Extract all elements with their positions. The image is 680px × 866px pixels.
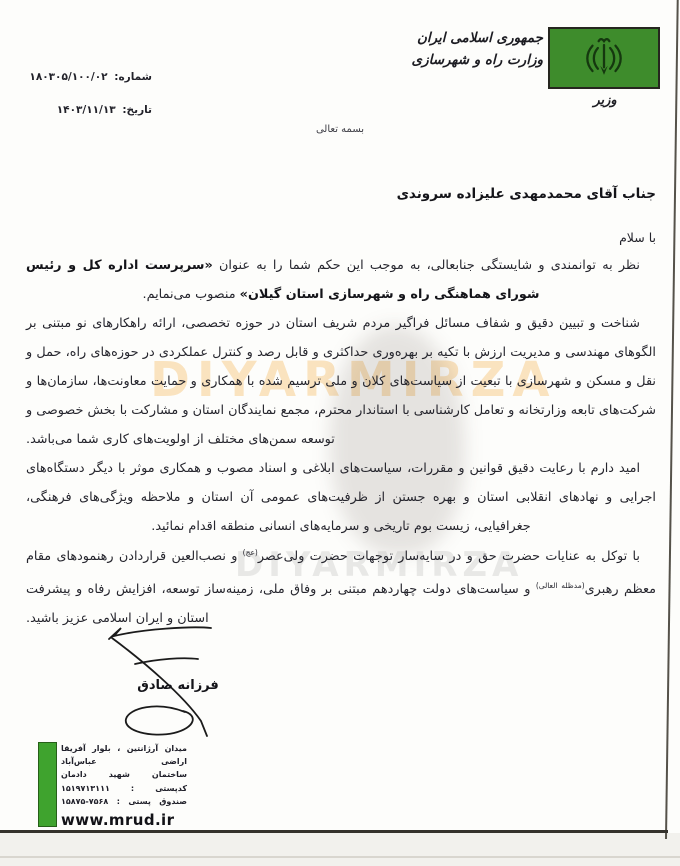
letter-ref-number: شماره: ۱۸۰۳۰۵/۱۰۰/۰۲	[18, 71, 152, 83]
footer-green-bar	[38, 742, 57, 827]
p4-part1: با توکل به عنایات حضرت حق و در سایه‌سار …	[258, 549, 640, 564]
greeting-line: با سلام	[619, 230, 656, 245]
recipient-name: جناب آقای محمدمهدی علیزاده سروندی	[397, 186, 656, 202]
page-border-bottom	[0, 830, 668, 833]
postal-label: کدپستی :	[131, 784, 187, 793]
pobox-value: ۱۵۸۷۵-۷۵۶۸	[61, 797, 108, 806]
letter-date: تاریخ: ۱۴۰۳/۱۱/۱۳	[18, 104, 152, 116]
footer-po-box: صندوق پستی : ۱۵۸۷۵-۷۵۶۸	[61, 795, 187, 808]
pobox-label: صندوق پستی :	[117, 797, 187, 806]
invocation-line: بسمه تعالی	[0, 124, 680, 135]
postal-value: ۱۵۱۹۷۱۳۱۱۱	[61, 784, 110, 793]
iran-emblem-icon	[581, 35, 627, 81]
signer-name: فرزانه صادق	[128, 678, 228, 693]
footer-address-block: میدان آرژانتین ، بلوار آفریقا اراضی عباس…	[61, 742, 187, 829]
footer-postal-code: کدپستی : ۱۵۱۹۷۱۳۱۱۱	[61, 782, 187, 795]
p4-honorific-2: (مدظله العالی)	[536, 581, 585, 590]
p4-honorific-1: (عج)	[243, 548, 258, 557]
footer-address-line-3: ساختمان شهید دادمان	[61, 768, 187, 781]
ref-value: ۱۸۰۳۰۵/۱۰۰/۰۲	[29, 71, 107, 83]
letter-paragraph-3: امید دارم با رعایت دقیق قوانین و مقررات،…	[26, 454, 656, 541]
footer-website: www.mrud.ir	[61, 811, 187, 829]
ref-label: شماره:	[114, 71, 152, 83]
footer-address-line-2: اراضی عباس‌آباد	[61, 755, 187, 768]
scan-bottom-area	[0, 833, 680, 866]
p1-tail: منصوب می‌نمایم.	[143, 287, 240, 302]
letter-paragraph-1: نظر به توانمندی و شایستگی جنابعالی، به م…	[26, 251, 656, 309]
letter-paragraph-2: شناخت و تبیین دقیق و شفاف مسائل فراگیر م…	[26, 309, 656, 454]
date-value: ۱۴۰۳/۱۱/۱۳	[57, 104, 116, 116]
scan-bottom-streak	[0, 856, 680, 858]
letter-page: DIYARMIRZA DIYARMIRZA جمهوری اسلامی ایرا…	[0, 0, 680, 866]
p1-lead: نظر به توانمندی و شایستگی جنابعالی، به م…	[213, 258, 640, 273]
letterhead-country: جمهوری اسلامی ایران	[412, 27, 543, 49]
letterhead-org: جمهوری اسلامی ایران وزارت راه و شهرسازی	[412, 27, 543, 71]
letterhead-signer-title: وزیر	[580, 93, 630, 108]
emblem-box	[548, 27, 660, 89]
date-label: تاریخ:	[122, 104, 152, 116]
letterhead-ministry: وزارت راه و شهرسازی	[412, 49, 543, 71]
